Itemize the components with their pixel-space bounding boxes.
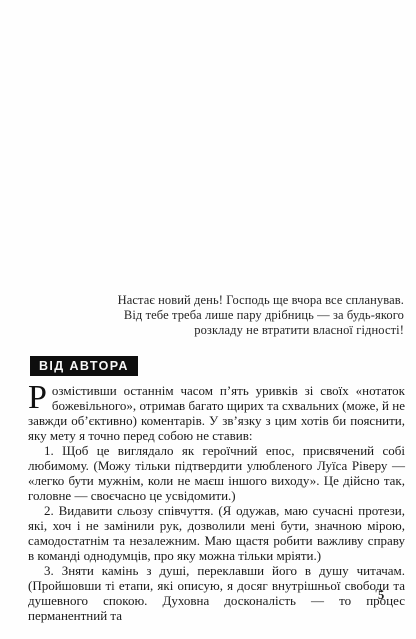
dropcap-letter: Р [28,383,52,411]
epigraph: Настає новий день! Господь ще вчора все … [118,293,404,338]
paragraph-item-3: 3. Зняти камінь з душі, переклавши його … [28,563,405,623]
epigraph-line: Настає новий день! Господь ще вчора все … [118,293,404,308]
body-text: Розмістивши останнім часом п’ять уривків… [28,383,405,623]
paragraph-intro-text: озмістивши останнім часом п’ять уривків … [28,383,405,443]
section-heading-label: ВІД АВТОРА [39,359,129,373]
section-heading: ВІД АВТОРА [30,356,138,376]
paragraph-intro: Розмістивши останнім часом п’ять уривків… [28,383,405,443]
page-number: 5 [378,588,384,603]
paragraph-item-2: 2. Видавити сльозу співчуття. (Я одужав,… [28,503,405,563]
paragraph-item-1: 1. Щоб це виглядало як героїчний епос, п… [28,443,405,503]
epigraph-line: розкладу не втратити власної гідності! [118,323,404,338]
book-page: Настає новий день! Господь ще вчора все … [0,0,416,639]
epigraph-line: Від тебе треба лише пару дрібниць — за б… [118,308,404,323]
